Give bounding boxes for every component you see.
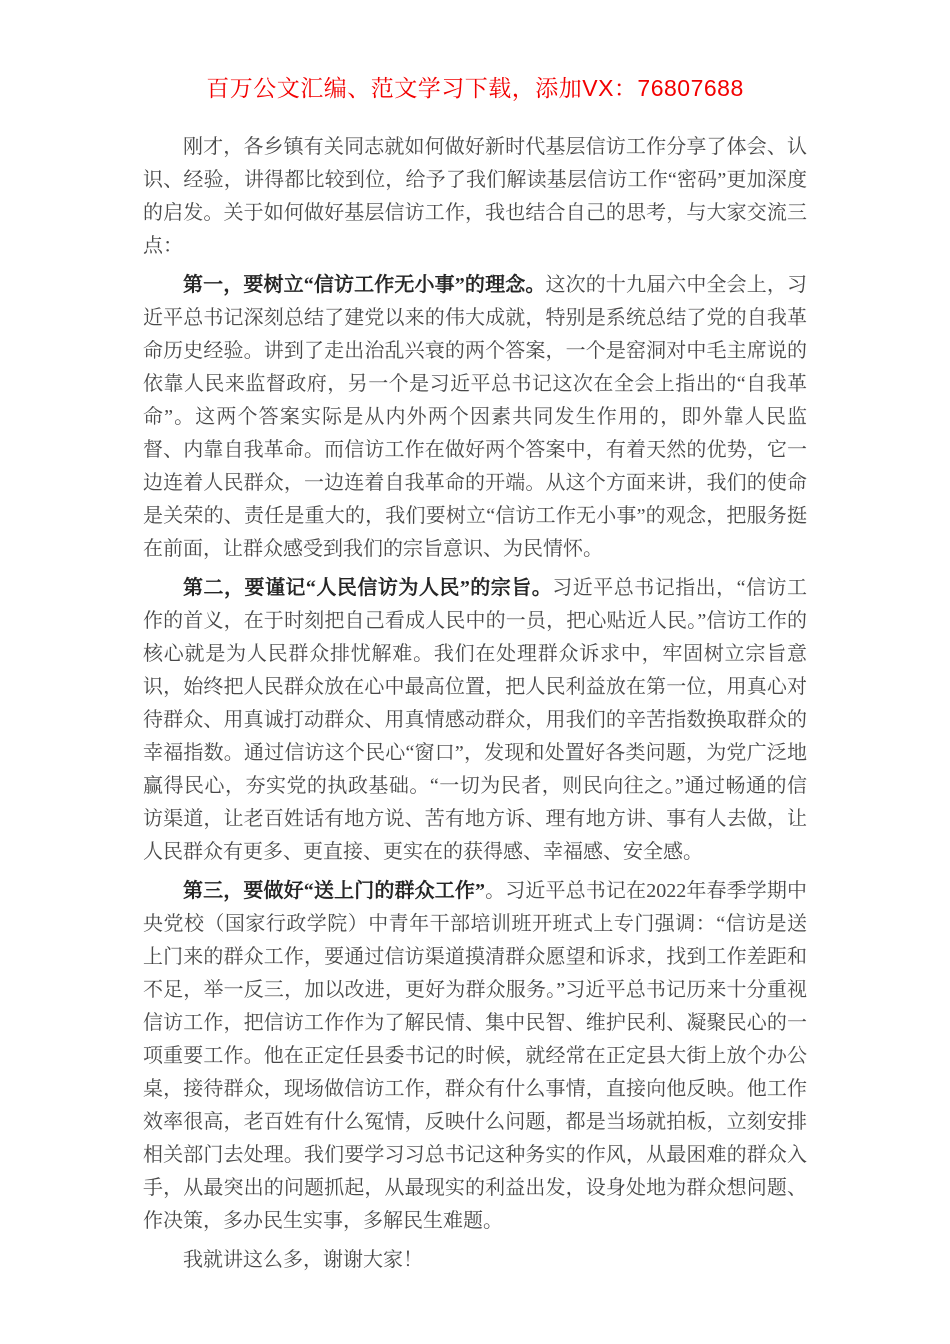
document-body: 刚才，各乡镇有关同志就如何做好新时代基层信访工作分享了体会、认识、经验，讲得都比… — [143, 131, 807, 1277]
paragraph-closing: 我就讲这么多，谢谢大家！ — [143, 1244, 807, 1277]
paragraph-point-3-text: 。习近平总书记在2022年春季学期中央党校（国家行政学院）中青年干部培训班开班式… — [143, 880, 807, 1232]
paragraph-point-3-lead: 第三，要做好“送上门的群众工作” — [183, 880, 485, 902]
promo-banner: 百万公文汇编、范文学习下载，添加VX：76807688 — [143, 70, 807, 103]
paragraph-point-2-lead: 第二，要谨记“人民信访为人民”的宗旨。 — [183, 577, 552, 599]
paragraph-point-1: 第一，要树立“信访工作无小事”的理念。这次的十九届六中全会上，习近平总书记深刻总… — [143, 269, 807, 566]
paragraph-intro: 刚才，各乡镇有关同志就如何做好新时代基层信访工作分享了体会、认识、经验，讲得都比… — [143, 131, 807, 263]
paragraph-point-1-lead: 第一，要树立“信访工作无小事”的理念。 — [183, 274, 545, 296]
document-page: 百万公文汇编、范文学习下载，添加VX：76807688 刚才，各乡镇有关同志就如… — [0, 0, 950, 1344]
paragraph-point-2-text: 习近平总书记指出，“信访工作的首义，在于时刻把自己看成人民中的一员，把心贴近人民… — [143, 577, 807, 863]
paragraph-closing-text: 我就讲这么多，谢谢大家！ — [183, 1249, 423, 1271]
paragraph-point-1-text: 这次的十九届六中全会上，习近平总书记深刻总结了建党以来的伟大成就，特别是系统总结… — [143, 274, 807, 560]
paragraph-point-2: 第二，要谨记“人民信访为人民”的宗旨。习近平总书记指出，“信访工作的首义，在于时… — [143, 572, 807, 869]
paragraph-intro-text: 刚才，各乡镇有关同志就如何做好新时代基层信访工作分享了体会、认识、经验，讲得都比… — [143, 136, 807, 257]
paragraph-point-3: 第三，要做好“送上门的群众工作”。习近平总书记在2022年春季学期中央党校（国家… — [143, 875, 807, 1238]
